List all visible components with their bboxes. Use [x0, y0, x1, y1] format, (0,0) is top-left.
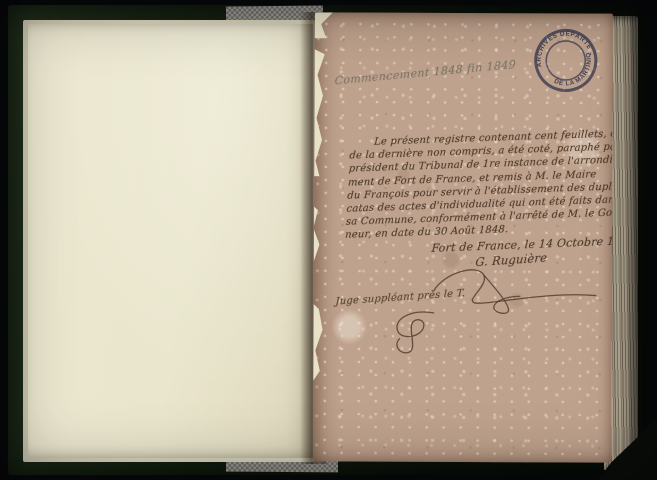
scanned-register-photo: ARCHIVES DÉPARTEMENTALES DE LA MARTINIQU… — [0, 0, 657, 480]
paraph-flourish-icon — [385, 307, 455, 357]
left-blank-page — [28, 24, 313, 458]
certification-text-block: Le présent registre contenant cent feuil… — [345, 128, 612, 243]
right-title-page: ARCHIVES DÉPARTEMENTALES DE LA MARTINIQU… — [313, 12, 613, 462]
